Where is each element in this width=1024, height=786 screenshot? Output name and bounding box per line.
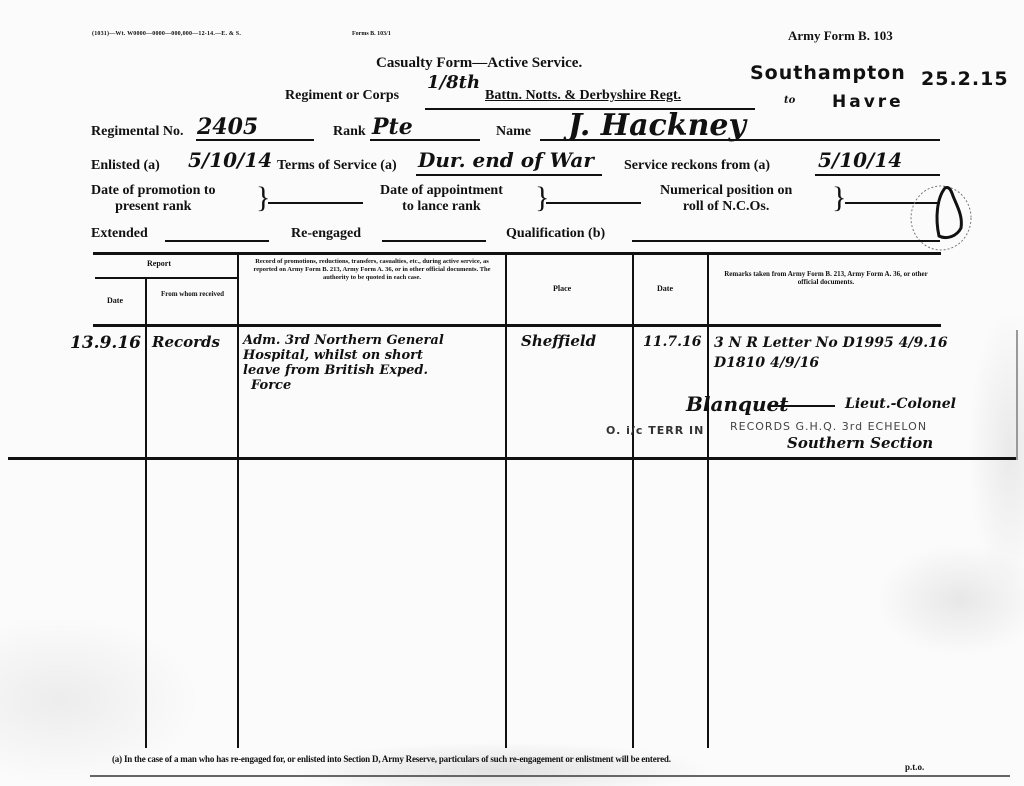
promotion-label: Date of promotion to present rank: [91, 183, 216, 215]
right-edge-line: [1016, 330, 1018, 460]
paper-texture: [0, 0, 1024, 786]
rank-line: [370, 139, 480, 141]
regiment-value: Battn. Notts. & Derbyshire Regt.: [485, 88, 681, 104]
regimental-no-line: [196, 139, 314, 141]
regiment-label: Regiment or Corps: [285, 88, 399, 104]
col-divider-3: [505, 254, 507, 748]
entry-record: Adm. 3rd Northern General Hospital, whil…: [243, 333, 444, 393]
col-divider-2: [237, 254, 239, 748]
col-divider-1: [145, 278, 147, 748]
col-header-remarks: Remarks taken from Army Form B. 213, Arm…: [716, 270, 936, 286]
stamp-to: to: [784, 95, 795, 106]
regiment-battalion-hand: 1/8th: [427, 72, 480, 93]
entry-date-2: 11.7.16: [643, 334, 701, 350]
signature-title: Lieut.-Colonel: [845, 396, 956, 412]
form-title: Casualty Form—Active Service.: [376, 55, 582, 72]
enlisted-label: Enlisted (a): [91, 158, 160, 174]
name-value: J. Hackney: [568, 108, 746, 143]
entry-remarks: 3 N R Letter No D1995 4/9.16 D1810 4/9/1…: [714, 333, 948, 373]
footer-edge: [90, 775, 1010, 777]
extended-label: Extended: [91, 226, 148, 242]
appointment-line: [546, 202, 641, 204]
army-form-number: Army Form B. 103: [788, 28, 893, 44]
stamp-destination: Havre: [832, 92, 904, 112]
qualification-label: Qualification (b): [506, 226, 605, 242]
col-header-date-2: Date: [657, 284, 673, 293]
col-header-record: Record of promotions, reductions, transf…: [243, 258, 501, 282]
col-divider-4: [632, 254, 634, 748]
table-top-border: [93, 252, 941, 255]
print-code: (1031)—Wt. W0000—0000—000,000—12-14.—E. …: [92, 31, 241, 37]
footer-pto: p.t.o.: [905, 762, 924, 772]
col-divider-5: [707, 254, 709, 748]
report-header: Report: [147, 259, 171, 268]
col-header-place: Place: [553, 284, 571, 293]
reckons-line: [815, 174, 940, 176]
terms-value: Dur. end of War: [418, 148, 594, 172]
stamp-place: Southampton: [750, 62, 906, 84]
reengaged-line: [382, 240, 486, 242]
col-header-date: Date: [107, 296, 123, 305]
table-entry-bottom-border: [8, 457, 1018, 460]
footer-note: (a) In the case of a man who has re-enga…: [112, 754, 942, 764]
section-note: Southern Section: [787, 434, 933, 452]
appointment-brace: }: [535, 181, 549, 215]
appointment-label: Date of appointment to lance rank: [380, 183, 503, 215]
table-header-bottom-border: [93, 324, 941, 327]
forms-ref: Forms B. 103/1: [352, 31, 391, 37]
reckons-value: 5/10/14: [818, 148, 902, 172]
signature: Blanquet: [686, 392, 789, 416]
reengaged-label: Re-engaged: [291, 226, 361, 242]
entry-from-whom: Records: [152, 333, 220, 351]
promotion-brace: }: [256, 181, 270, 215]
promotion-line: [268, 202, 363, 204]
report-subheader-line: [95, 277, 238, 279]
col-header-from-whom: From whom received: [150, 290, 235, 298]
extended-line: [165, 240, 269, 242]
records-stamp-left: O. i/c TERR IN: [606, 424, 704, 437]
enlisted-value: 5/10/14: [188, 148, 272, 172]
name-line: [540, 139, 940, 141]
qualification-line: [632, 240, 940, 242]
name-label: Name: [496, 124, 531, 140]
terms-line: [416, 174, 602, 176]
regimental-no-label: Regimental No.: [91, 124, 184, 140]
reckons-label: Service reckons from (a): [624, 158, 770, 174]
signature-flourish: [770, 405, 835, 407]
nco-brace: }: [832, 181, 846, 215]
nco-label: Numerical position on roll of N.C.Os.: [660, 183, 792, 215]
regimental-no-value: 2405: [197, 114, 258, 140]
entry-date: 13.9.16: [70, 333, 141, 353]
stamp-date: 25.2.15: [921, 68, 1009, 90]
rank-value: Pte: [372, 114, 413, 140]
terms-label: Terms of Service (a): [277, 158, 397, 174]
stamp-circle-mark: [905, 178, 975, 253]
records-stamp-right: RECORDS G.H.Q. 3rd ECHELON: [730, 420, 927, 433]
rank-label: Rank: [333, 124, 366, 140]
entry-place: Sheffield: [521, 332, 596, 350]
